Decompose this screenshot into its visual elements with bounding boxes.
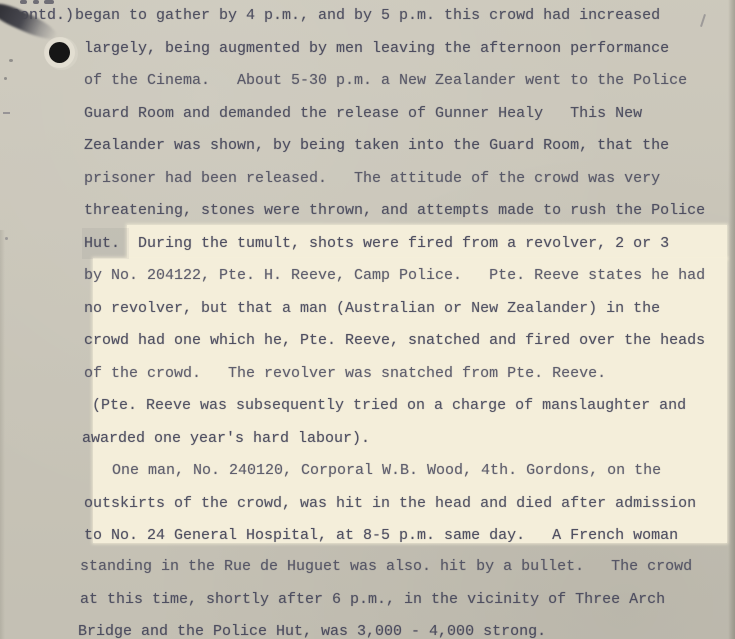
text-line: prisoner had been released. The attitude…	[84, 169, 660, 188]
text-line: largely, being augmented by men leaving …	[84, 39, 669, 58]
hole-punch-dot	[49, 42, 70, 63]
text-line: no revolver, but that a man (Australian …	[84, 299, 660, 318]
text-line: at this time, shortly after 6 p.m., in t…	[80, 590, 665, 609]
text-line: of the Cinema. About 5-30 p.m. a New Zea…	[84, 71, 687, 90]
text-line: by No. 204122, Pte. H. Reeve, Camp Polic…	[84, 266, 705, 285]
text-line: threatening, stones were thrown, and att…	[84, 201, 705, 220]
text-line: awarded one year's hard labour).	[82, 429, 370, 448]
ink-speck	[9, 59, 13, 62]
text-line: to No. 24 General Hospital, at 8-5 p.m. …	[84, 526, 678, 545]
text-line: Guard Room and demanded the release of G…	[84, 104, 642, 123]
text-line: Hut. During the tumult, shots were fired…	[84, 234, 669, 253]
ink-speck	[4, 77, 7, 80]
page-left-edge	[0, 230, 5, 639]
text-line: crowd had one which he, Pte. Reeve, snat…	[84, 331, 705, 350]
text-line: Zealander was shown, by being taken into…	[84, 136, 669, 155]
text-line: of the crowd. The revolver was snatched …	[84, 364, 606, 383]
text-line: Bridge and the Police Hut, was 3,000 - 4…	[78, 622, 546, 639]
text-line: outskirts of the crowd, was hit in the h…	[84, 494, 696, 513]
text-line: One man, No. 240120, Corporal W.B. Wood,…	[112, 461, 661, 480]
document-text-block: began to gather by 4 p.m., and by 5 p.m.…	[0, 0, 735, 639]
text-line: (Pte. Reeve was subsequently tried on a …	[92, 396, 686, 415]
text-line: standing in the Rue de Huguet was also. …	[80, 557, 692, 576]
page-right-edge	[728, 0, 735, 639]
text-line: began to gather by 4 p.m., and by 5 p.m.…	[75, 6, 660, 25]
